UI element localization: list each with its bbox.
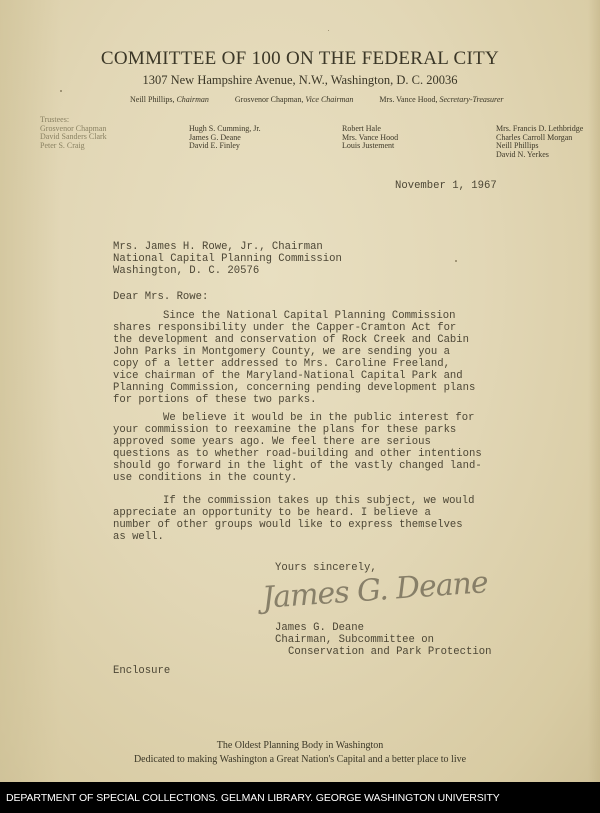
paper-speck [60, 90, 62, 92]
paper-speck [328, 30, 329, 31]
letterhead-title: COMMITTEE OF 100 ON THE FEDERAL CITY [0, 48, 600, 70]
paragraph-line: use conditions in the county. [113, 472, 482, 484]
paragraph-line: vice chairman of the Maryland-National C… [113, 370, 475, 382]
paragraph-3: If the commission takes up this subject,… [113, 495, 475, 543]
paragraph-line: We believe it would be in the public int… [113, 412, 482, 424]
paragraph-1: Since the National Capital Planning Comm… [113, 310, 475, 406]
enclosure-notation: Enclosure [113, 665, 170, 677]
paragraph-line: number of other groups would like to exp… [113, 519, 475, 531]
signer-name: James G. Deane [275, 622, 491, 634]
motto-line-2: Dedicated to making Washington a Great N… [0, 754, 600, 765]
addressee-line: National Capital Planning Commission [113, 253, 342, 265]
paragraph-line: questions as to whether road-building an… [113, 448, 482, 460]
trustee-name: Louis Justement [342, 142, 398, 151]
trustee-name: Peter S. Craig [40, 142, 107, 151]
officers-line: Neill Phillips, Chairman Grosvenor Chapm… [130, 95, 528, 104]
trustee-name: David E. Finley [189, 142, 261, 151]
addressee-line: Washington, D. C. 20576 [113, 265, 342, 277]
trustees-column-1: Trustees: Grosvenor Chapman David Sander… [40, 116, 107, 150]
officer-secretary-treasurer: Mrs. Vance Hood, Secretary-Treasurer [379, 95, 503, 104]
trustee-name: David N. Yerkes [496, 151, 583, 160]
paragraph-line: If the commission takes up this subject,… [113, 495, 475, 507]
signer-title: Chairman, Subcommittee on [275, 634, 491, 646]
signer-title-continued: Conservation and Park Protection [275, 646, 491, 658]
paragraph-line: your commission to reexamine the plans f… [113, 424, 482, 436]
trustees-column-2: Hugh S. Cumming, Jr. James G. Deane Davi… [189, 125, 261, 151]
salutation: Dear Mrs. Rowe: [113, 291, 208, 303]
officer-vice-chairman: Grosvenor Chapman, Vice Chairman [235, 95, 354, 104]
letter-date: November 1, 1967 [395, 180, 497, 192]
paragraph-line: Since the National Capital Planning Comm… [113, 310, 475, 322]
paragraph-line: as well. [113, 531, 475, 543]
paragraph-2: We believe it would be in the public int… [113, 412, 482, 484]
letterhead-address: 1307 New Hampshire Avenue, N.W., Washing… [0, 73, 600, 88]
paragraph-line: Planning Commission, concerning pending … [113, 382, 475, 394]
paragraph-line: John Parks in Montgomery County, we are … [113, 346, 475, 358]
paragraph-line: appreciate an opportunity to be heard. I… [113, 507, 475, 519]
archive-credit-text: DEPARTMENT OF SPECIAL COLLECTIONS. GELMA… [6, 792, 500, 804]
motto-line-1: The Oldest Planning Body in Washington [0, 740, 600, 751]
paragraph-line: approved some years ago. We feel there a… [113, 436, 482, 448]
paragraph-line: copy of a letter addressed to Mrs. Carol… [113, 358, 475, 370]
officer-chairman: Neill Phillips, Chairman [130, 95, 209, 104]
trustees-column-4: Mrs. Francis D. Lethbridge Charles Carro… [496, 125, 583, 159]
trustees-column-3: Robert Hale Mrs. Vance Hood Louis Justem… [342, 125, 398, 151]
archive-credit-bar: DEPARTMENT OF SPECIAL COLLECTIONS. GELMA… [0, 782, 600, 813]
paragraph-line: for portions of these two parks. [113, 394, 475, 406]
signature-block: James G. Deane Chairman, Subcommittee on… [275, 622, 491, 658]
paper-speck [455, 260, 457, 262]
paragraph-line: the development and conservation of Rock… [113, 334, 475, 346]
letter-page: COMMITTEE OF 100 ON THE FEDERAL CITY 130… [0, 0, 600, 782]
paragraph-line: shares responsibility under the Capper-C… [113, 322, 475, 334]
complimentary-close: Yours sincerely, [275, 562, 377, 574]
addressee-line: Mrs. James H. Rowe, Jr., Chairman [113, 241, 342, 253]
paragraph-line: should go forward in the light of the va… [113, 460, 482, 472]
inside-address: Mrs. James H. Rowe, Jr., Chairman Nation… [113, 241, 342, 277]
